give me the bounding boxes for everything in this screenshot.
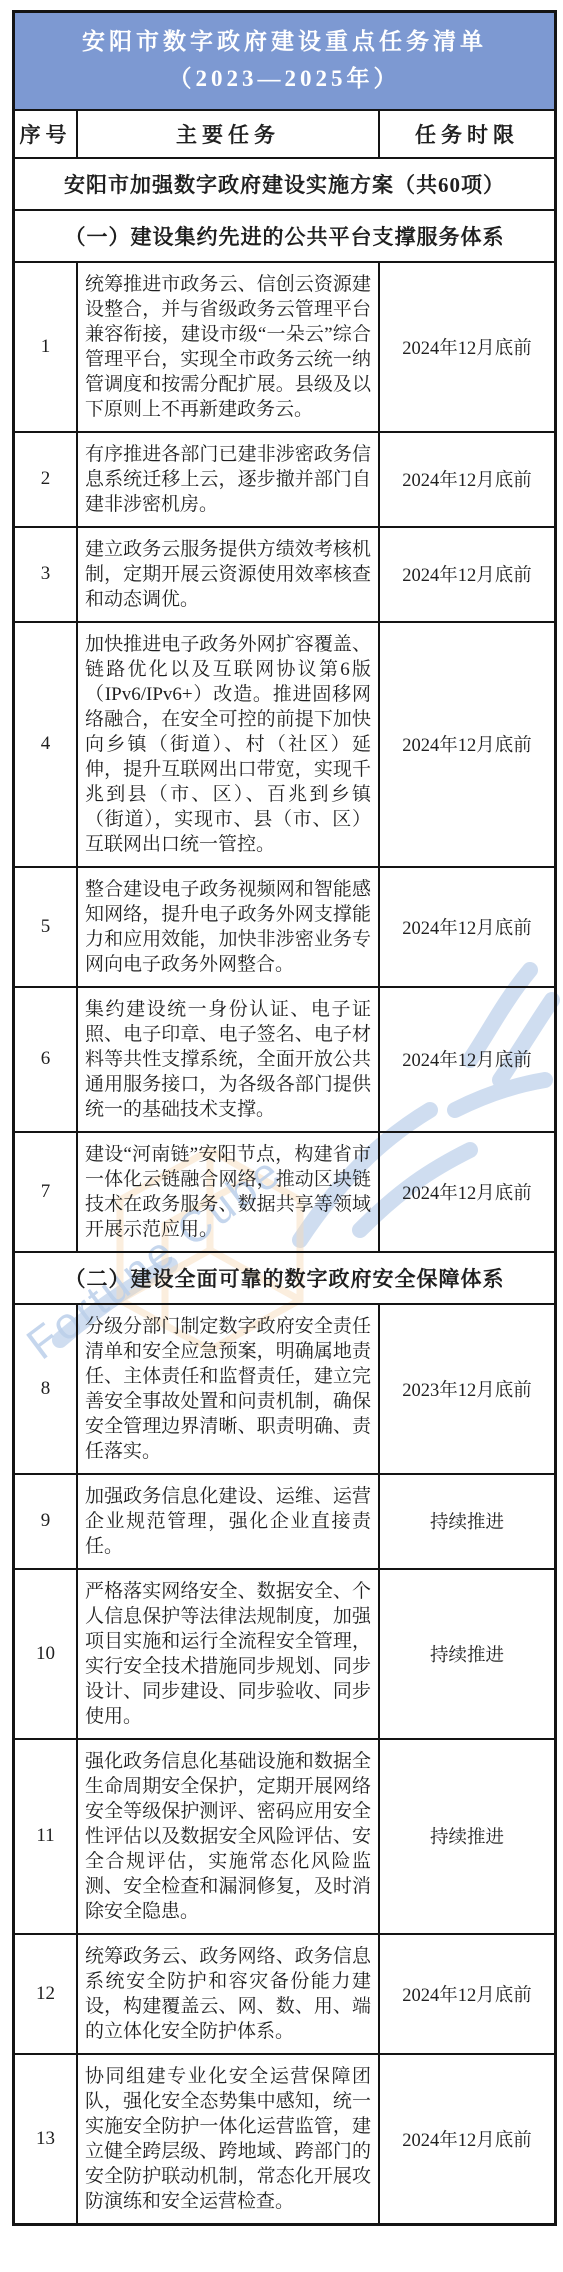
section-1-header: （一）建设集约先进的公共平台支撑服务体系 — [15, 211, 554, 261]
table-row: 4 加快推进电子政务外网扩容覆盖、链路优化以及互联网协议第6版（IPv6/IPv… — [15, 621, 554, 866]
table-row: 6 集约建设统一身份认证、电子证照、电子印章、电子签名、电子材料等共性支撑系统，… — [15, 986, 554, 1131]
row-task: 严格落实网络安全、数据安全、个人信息保护等法律法规制度，加强项目实施和运行全流程… — [76, 1570, 378, 1738]
table-row: 12 统筹政务云、政务网络、政务信息系统安全防护和容灾备份能力建设，构建覆盖云、… — [15, 1933, 554, 2053]
row-deadline: 持续推进 — [378, 1570, 554, 1738]
table-row: 11 强化政务信息化基础设施和数据全生命周期安全保护，定期开展网络安全等级保护测… — [15, 1738, 554, 1933]
row-no: 9 — [15, 1475, 76, 1568]
row-deadline: 2024年12月底前 — [378, 623, 554, 866]
row-deadline: 持续推进 — [378, 1740, 554, 1933]
table-row: 8 分级分部门制定数字政府安全责任清单和安全应急预案，明确属地责任、主体责任和监… — [15, 1303, 554, 1473]
table-row: （二）建设全面可靠的数字政府安全保障体系 — [15, 1251, 554, 1303]
table-row: 1 统筹推进市政务云、信创云资源建设整合，并与省级政务云管理平台兼容衔接，建设市… — [15, 261, 554, 431]
row-no: 1 — [15, 263, 76, 431]
row-task: 协同组建专业化安全运营保障团队，强化安全态势集中感知，统一实施安全防护一体化运营… — [76, 2055, 378, 2223]
row-task: 分级分部门制定数字政府安全责任清单和安全应急预案，明确属地责任、主体责任和监督责… — [76, 1305, 378, 1473]
row-deadline: 2023年12月底前 — [378, 1305, 554, 1473]
row-deadline: 2024年12月底前 — [378, 1935, 554, 2053]
table-row: 3 建立政务云服务提供方绩效考核机制，定期开展云资源使用效率核查和动态调优。 2… — [15, 526, 554, 621]
row-no: 8 — [15, 1305, 76, 1473]
task-table: 安阳市数字政府建设重点任务清单 （2023—2025年） 序号 主要任务 任务时… — [12, 10, 557, 2226]
table-title-row: 安阳市数字政府建设重点任务清单 （2023—2025年） — [15, 13, 554, 109]
table-row: 7 建设“河南链”安阳节点，构建省市一体化云链融合网络，推动区块链技术在政务服务… — [15, 1131, 554, 1251]
row-deadline: 持续推进 — [378, 1475, 554, 1568]
title-line-1: 安阳市数字政府建设重点任务清单 — [21, 24, 548, 61]
row-no: 11 — [15, 1740, 76, 1933]
row-task: 加快推进电子政务外网扩容覆盖、链路优化以及互联网协议第6版（IPv6/IPv6+… — [76, 623, 378, 866]
row-task: 强化政务信息化基础设施和数据全生命周期安全保护，定期开展网络安全等级保护测评、密… — [76, 1740, 378, 1933]
row-no: 10 — [15, 1570, 76, 1738]
row-task: 集约建设统一身份认证、电子证照、电子印章、电子签名、电子材料等共性支撑系统，全面… — [76, 988, 378, 1131]
row-no: 7 — [15, 1133, 76, 1251]
row-deadline: 2024年12月底前 — [378, 433, 554, 526]
table-row: 2 有序推进各部门已建非涉密政务信息系统迁移上云，逐步撤并部门自建非涉密机房。 … — [15, 431, 554, 526]
plan-span-row: 安阳市加强数字政府建设实施方案（共60项） — [15, 159, 554, 209]
row-no: 13 — [15, 2055, 76, 2223]
column-header-task: 主要任务 — [76, 111, 378, 157]
row-task: 加强政务信息化建设、运维、运营企业规范管理，强化企业直接责任。 — [76, 1475, 378, 1568]
row-deadline: 2024年12月底前 — [378, 528, 554, 621]
row-task: 建立政务云服务提供方绩效考核机制，定期开展云资源使用效率核查和动态调优。 — [76, 528, 378, 621]
row-deadline: 2024年12月底前 — [378, 988, 554, 1131]
column-header-deadline: 任务时限 — [378, 111, 554, 157]
row-no: 12 — [15, 1935, 76, 2053]
page-title: 安阳市数字政府建设重点任务清单 （2023—2025年） — [15, 13, 554, 109]
row-no: 3 — [15, 528, 76, 621]
section-2-header: （二）建设全面可靠的数字政府安全保障体系 — [15, 1253, 554, 1303]
row-no: 4 — [15, 623, 76, 866]
table-row: （一）建设集约先进的公共平台支撑服务体系 — [15, 209, 554, 261]
row-task: 整合建设电子政务视频网和智能感知网络，提升电子政务外网支撑能力和应用效能，加快非… — [76, 868, 378, 986]
table-row: 5 整合建设电子政务视频网和智能感知网络，提升电子政务外网支撑能力和应用效能，加… — [15, 866, 554, 986]
document-page: Fortune Cube 安阳市数字政府建设重点任务清单 （2023—2025年… — [0, 0, 563, 2272]
row-task: 统筹推进市政务云、信创云资源建设整合，并与省级政务云管理平台兼容衔接，建设市级“… — [76, 263, 378, 431]
table-header-row: 序号 主要任务 任务时限 — [15, 109, 554, 157]
row-deadline: 2024年12月底前 — [378, 2055, 554, 2223]
table-row: 13 协同组建专业化安全运营保障团队，强化安全态势集中感知，统一实施安全防护一体… — [15, 2053, 554, 2223]
row-deadline: 2024年12月底前 — [378, 868, 554, 986]
title-line-2: （2023—2025年） — [21, 61, 548, 98]
table-row: 安阳市加强数字政府建设实施方案（共60项） — [15, 157, 554, 209]
row-task: 建设“河南链”安阳节点，构建省市一体化云链融合网络，推动区块链技术在政务服务、数… — [76, 1133, 378, 1251]
row-task: 有序推进各部门已建非涉密政务信息系统迁移上云，逐步撤并部门自建非涉密机房。 — [76, 433, 378, 526]
row-task: 统筹政务云、政务网络、政务信息系统安全防护和容灾备份能力建设，构建覆盖云、网、数… — [76, 1935, 378, 2053]
row-no: 5 — [15, 868, 76, 986]
row-deadline: 2024年12月底前 — [378, 263, 554, 431]
row-no: 6 — [15, 988, 76, 1131]
row-no: 2 — [15, 433, 76, 526]
table-row: 9 加强政务信息化建设、运维、运营企业规范管理，强化企业直接责任。 持续推进 — [15, 1473, 554, 1568]
column-header-no: 序号 — [15, 111, 76, 157]
row-deadline: 2024年12月底前 — [378, 1133, 554, 1251]
table-row: 10 严格落实网络安全、数据安全、个人信息保护等法律法规制度，加强项目实施和运行… — [15, 1568, 554, 1738]
